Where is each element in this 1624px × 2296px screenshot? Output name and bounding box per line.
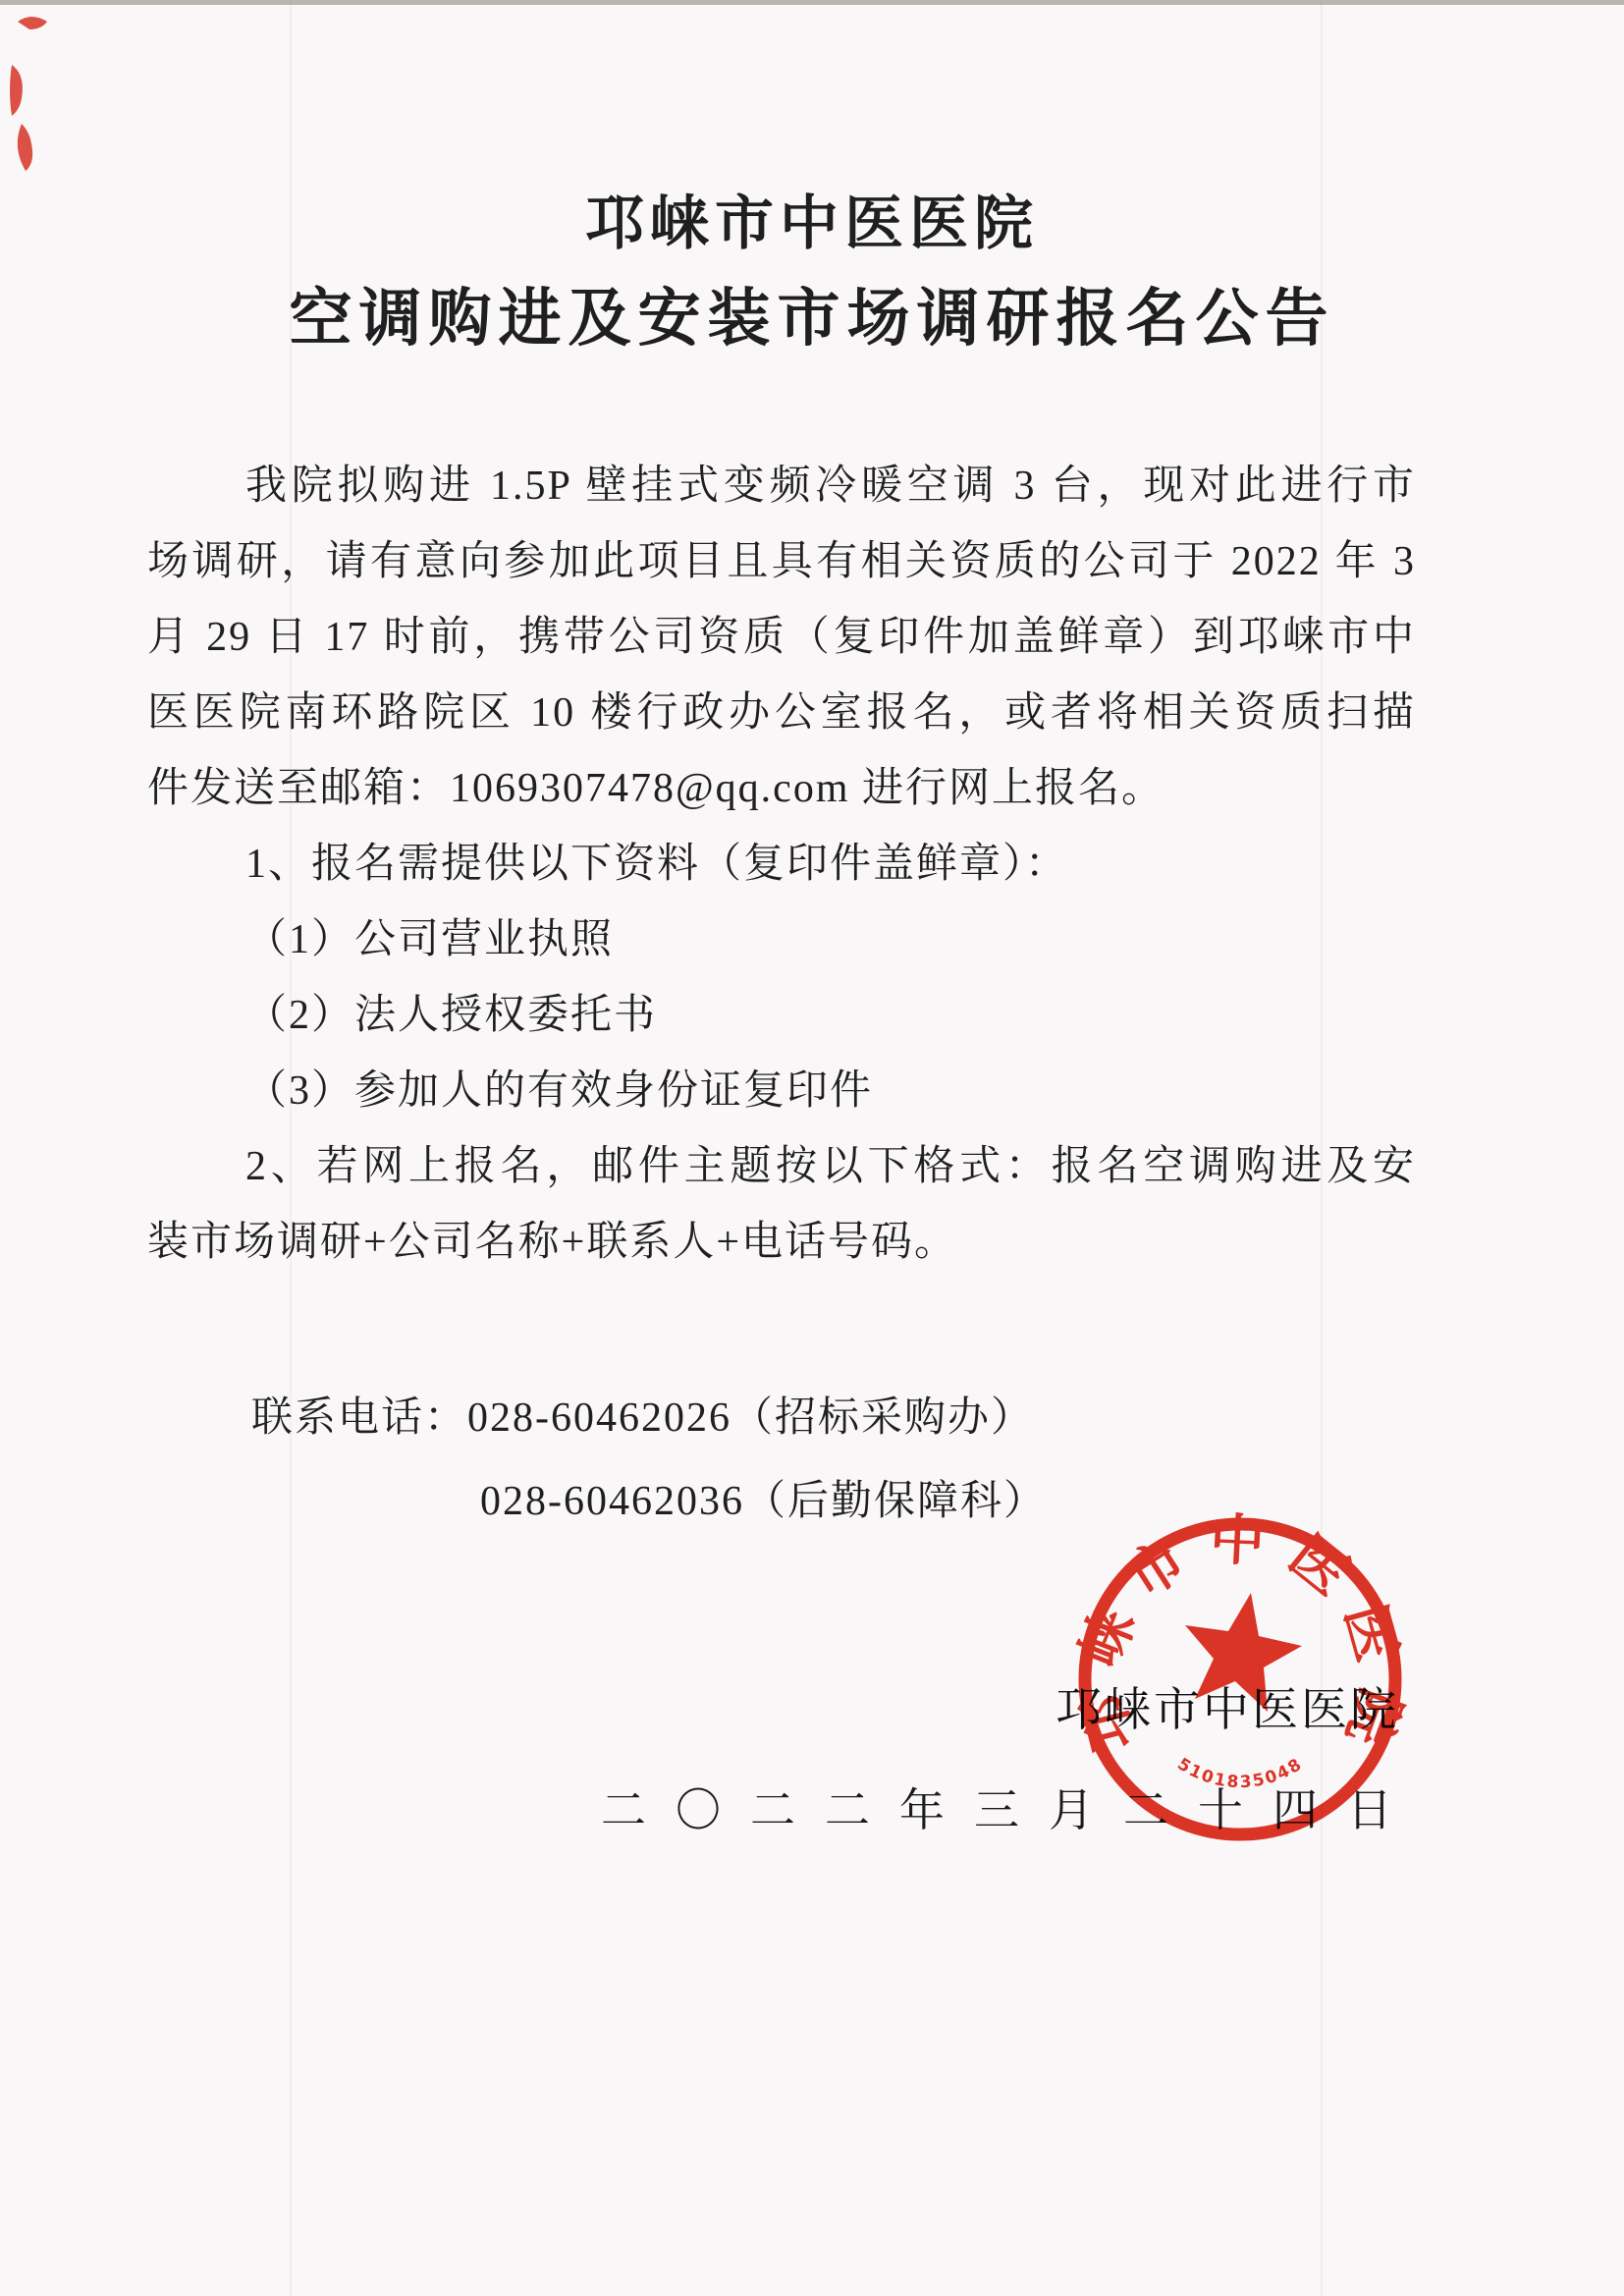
scanned-document-page: { "page": { "background_color": "#faf7f8… <box>0 0 1624 2296</box>
scan-top-edge <box>0 0 1624 5</box>
body-line-5: 件发送至邮箱：1069307478@qq.com 进行网上报名。 <box>147 749 1416 828</box>
seal-star <box>1185 1593 1302 1712</box>
list-item-2-cont: 装市场调研+公司名称+联系人+电话号码。 <box>147 1203 1416 1282</box>
document-title-line2: 空调购进及安装市场调研报名公告 <box>0 283 1624 355</box>
body-line-1: 我院拟购进 1.5P 壁挂式变频冷暖空调 3 台，现对此进行市 <box>147 447 1416 525</box>
list-item-1: 1、报名需提供以下资料（复印件盖鲜章）： <box>147 825 1416 903</box>
list-item-1-1: （1）公司营业执照 <box>147 901 1416 979</box>
list-item-2: 2、若网上报名，邮件主题按以下格式：报名空调购进及安 <box>147 1127 1416 1206</box>
body-line-3: 月 29 日 17 时前，携带公司资质（复印件加盖鲜章）到邛崃市中 <box>147 598 1416 677</box>
list-item-1-2: （2）法人授权委托书 <box>147 976 1416 1055</box>
list-item-1-3: （3）参加人的有效身份证复印件 <box>147 1052 1416 1130</box>
body-line-2: 场调研，请有意向参加此项目且具有相关资质的公司于 2022 年 3 <box>147 522 1416 601</box>
body-line-4: 医医院南环路院区 10 楼行政办公室报名，或者将相关资质扫描 <box>147 674 1416 752</box>
contact-phone-line1: 联系电话：028-60462026（招标采购办） <box>251 1379 1034 1457</box>
contact-phone-line2: 028-60462036（后勤保障科） <box>480 1462 1047 1541</box>
document-title-line1: 邛崃市中医医院 <box>0 190 1624 258</box>
ink-smudge-marks <box>6 8 75 194</box>
official-seal: 邛崃市中医医院 5101835048 <box>1073 1512 1407 1846</box>
seal-serial-number: 5101835048 <box>1173 1754 1306 1792</box>
